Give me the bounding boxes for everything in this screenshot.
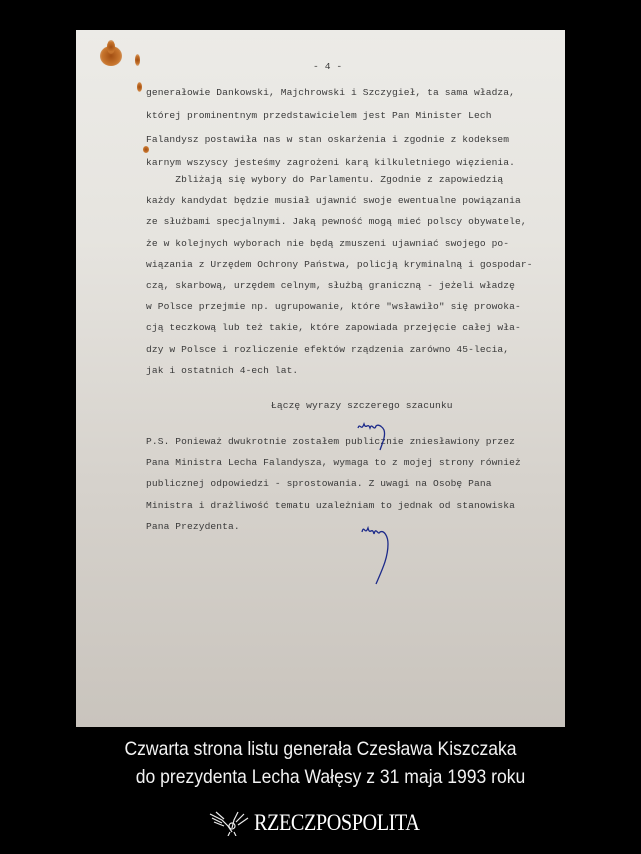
text-line: w Polsce przejmie np. ugrupowanie, które… (146, 301, 521, 312)
text-line: której prominentnym przedstawicielem jes… (146, 110, 492, 121)
caption-line-1: Czwarta strona listu generała Czesława K… (32, 738, 609, 761)
text-line: cją teczkową lub też takie, które zapowi… (146, 322, 521, 333)
text-line: Pana Ministra Lecha Falandysza, wymaga t… (146, 457, 521, 468)
stain (143, 146, 149, 153)
signature-icon (356, 418, 396, 452)
text-line: Ministra i drażliwość tematu uzależniam … (146, 500, 515, 511)
text-line: że w kolejnych wyborach nie będą zmuszen… (146, 238, 509, 249)
stain (107, 40, 115, 54)
signature-icon (360, 522, 396, 586)
text-line: ze służbami specjalnymi. Jaką pewność mo… (146, 216, 527, 227)
text-line: wiązania z Urzędem Ochrony Państwa, poli… (146, 259, 533, 270)
stain (135, 54, 140, 66)
text-line: Zbliżają się wybory do Parlamentu. Zgodn… (146, 174, 503, 185)
text-line: Falandysz postawiła nas w stan oskarżeni… (146, 134, 509, 145)
page-number: - 4 - (313, 61, 342, 72)
rzeczpospolita-logo: RZECZPOSPOLITA (208, 810, 442, 836)
text-line: P.S. Ponieważ dwukrotnie zostałem public… (146, 436, 515, 447)
eagle-icon (208, 810, 252, 836)
logo-text: RZECZPOSPOLITA (254, 810, 419, 836)
text-line: dzy w Polsce i rozliczenie efektów rządz… (146, 344, 509, 355)
closing-line: Łączę wyrazy szczerego szacunku (271, 400, 453, 411)
text-line: generałowie Dankowski, Majchrowski i Szc… (146, 87, 515, 98)
stain (137, 82, 142, 92)
text-line: karnym wszyscy jesteśmy zagrożeni karą k… (146, 157, 515, 168)
text-line: publicznej odpowiedzi - sprostowania. Z … (146, 478, 492, 489)
text-line: każdy kandydat będzie musiał ujawnić swo… (146, 195, 521, 206)
text-line: Pana Prezydenta. (146, 521, 240, 532)
text-line: czą, skarbową, urzędem celnym, służbą gr… (146, 280, 515, 291)
caption-line-2: do prezydenta Lecha Wałęsy z 31 maja 199… (42, 766, 619, 789)
text-line: jak i ostatnich 4-ech lat. (146, 365, 298, 376)
